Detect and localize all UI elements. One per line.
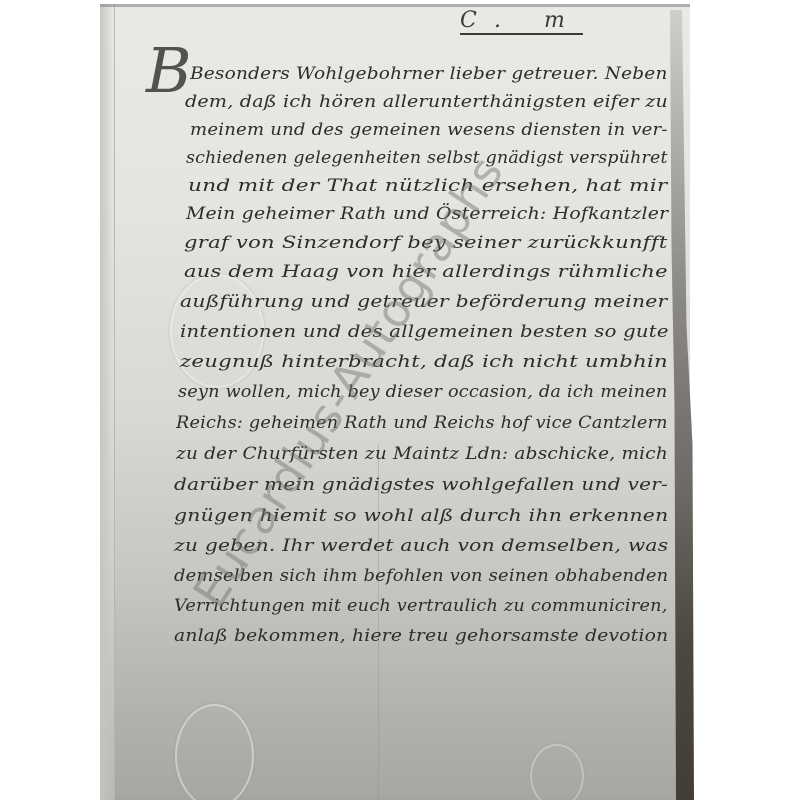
text-line: intentionen und des allgemeinen besten s… xyxy=(180,322,669,342)
text-line: Besonders Wohlgebohrner lieber getreuer.… xyxy=(190,64,668,84)
text-line: Reichs: geheimen Rath und Reichs hof vic… xyxy=(176,413,668,433)
letter-body: Besonders Wohlgebohrner lieber getreuer.… xyxy=(0,0,800,800)
text-line: zu der Churfürsten zu Maintz Ldn: abschi… xyxy=(176,444,668,464)
text-line: schiedenen gelegenheiten selbst gnädigst… xyxy=(186,148,668,168)
text-line: zeugnuß hinterbracht, daß ich nicht umbh… xyxy=(180,352,668,372)
text-line: meinem und des gemeinen wesens diensten … xyxy=(190,120,668,140)
photo-stage: C. m B Besonders Wohlgebohrner lieber ge… xyxy=(0,0,800,800)
text-line: Verrichtungen mit euch vertraulich zu co… xyxy=(174,596,668,616)
text-line: dem, daß ich hören allerunterthänigsten … xyxy=(185,92,668,112)
text-line: anlaß bekommen, hiere treu gehorsamste d… xyxy=(174,626,668,646)
text-line: seyn wollen, mich bey dieser occasion, d… xyxy=(178,382,667,402)
text-line: und mit der That nützlich ersehen, hat m… xyxy=(188,176,668,196)
